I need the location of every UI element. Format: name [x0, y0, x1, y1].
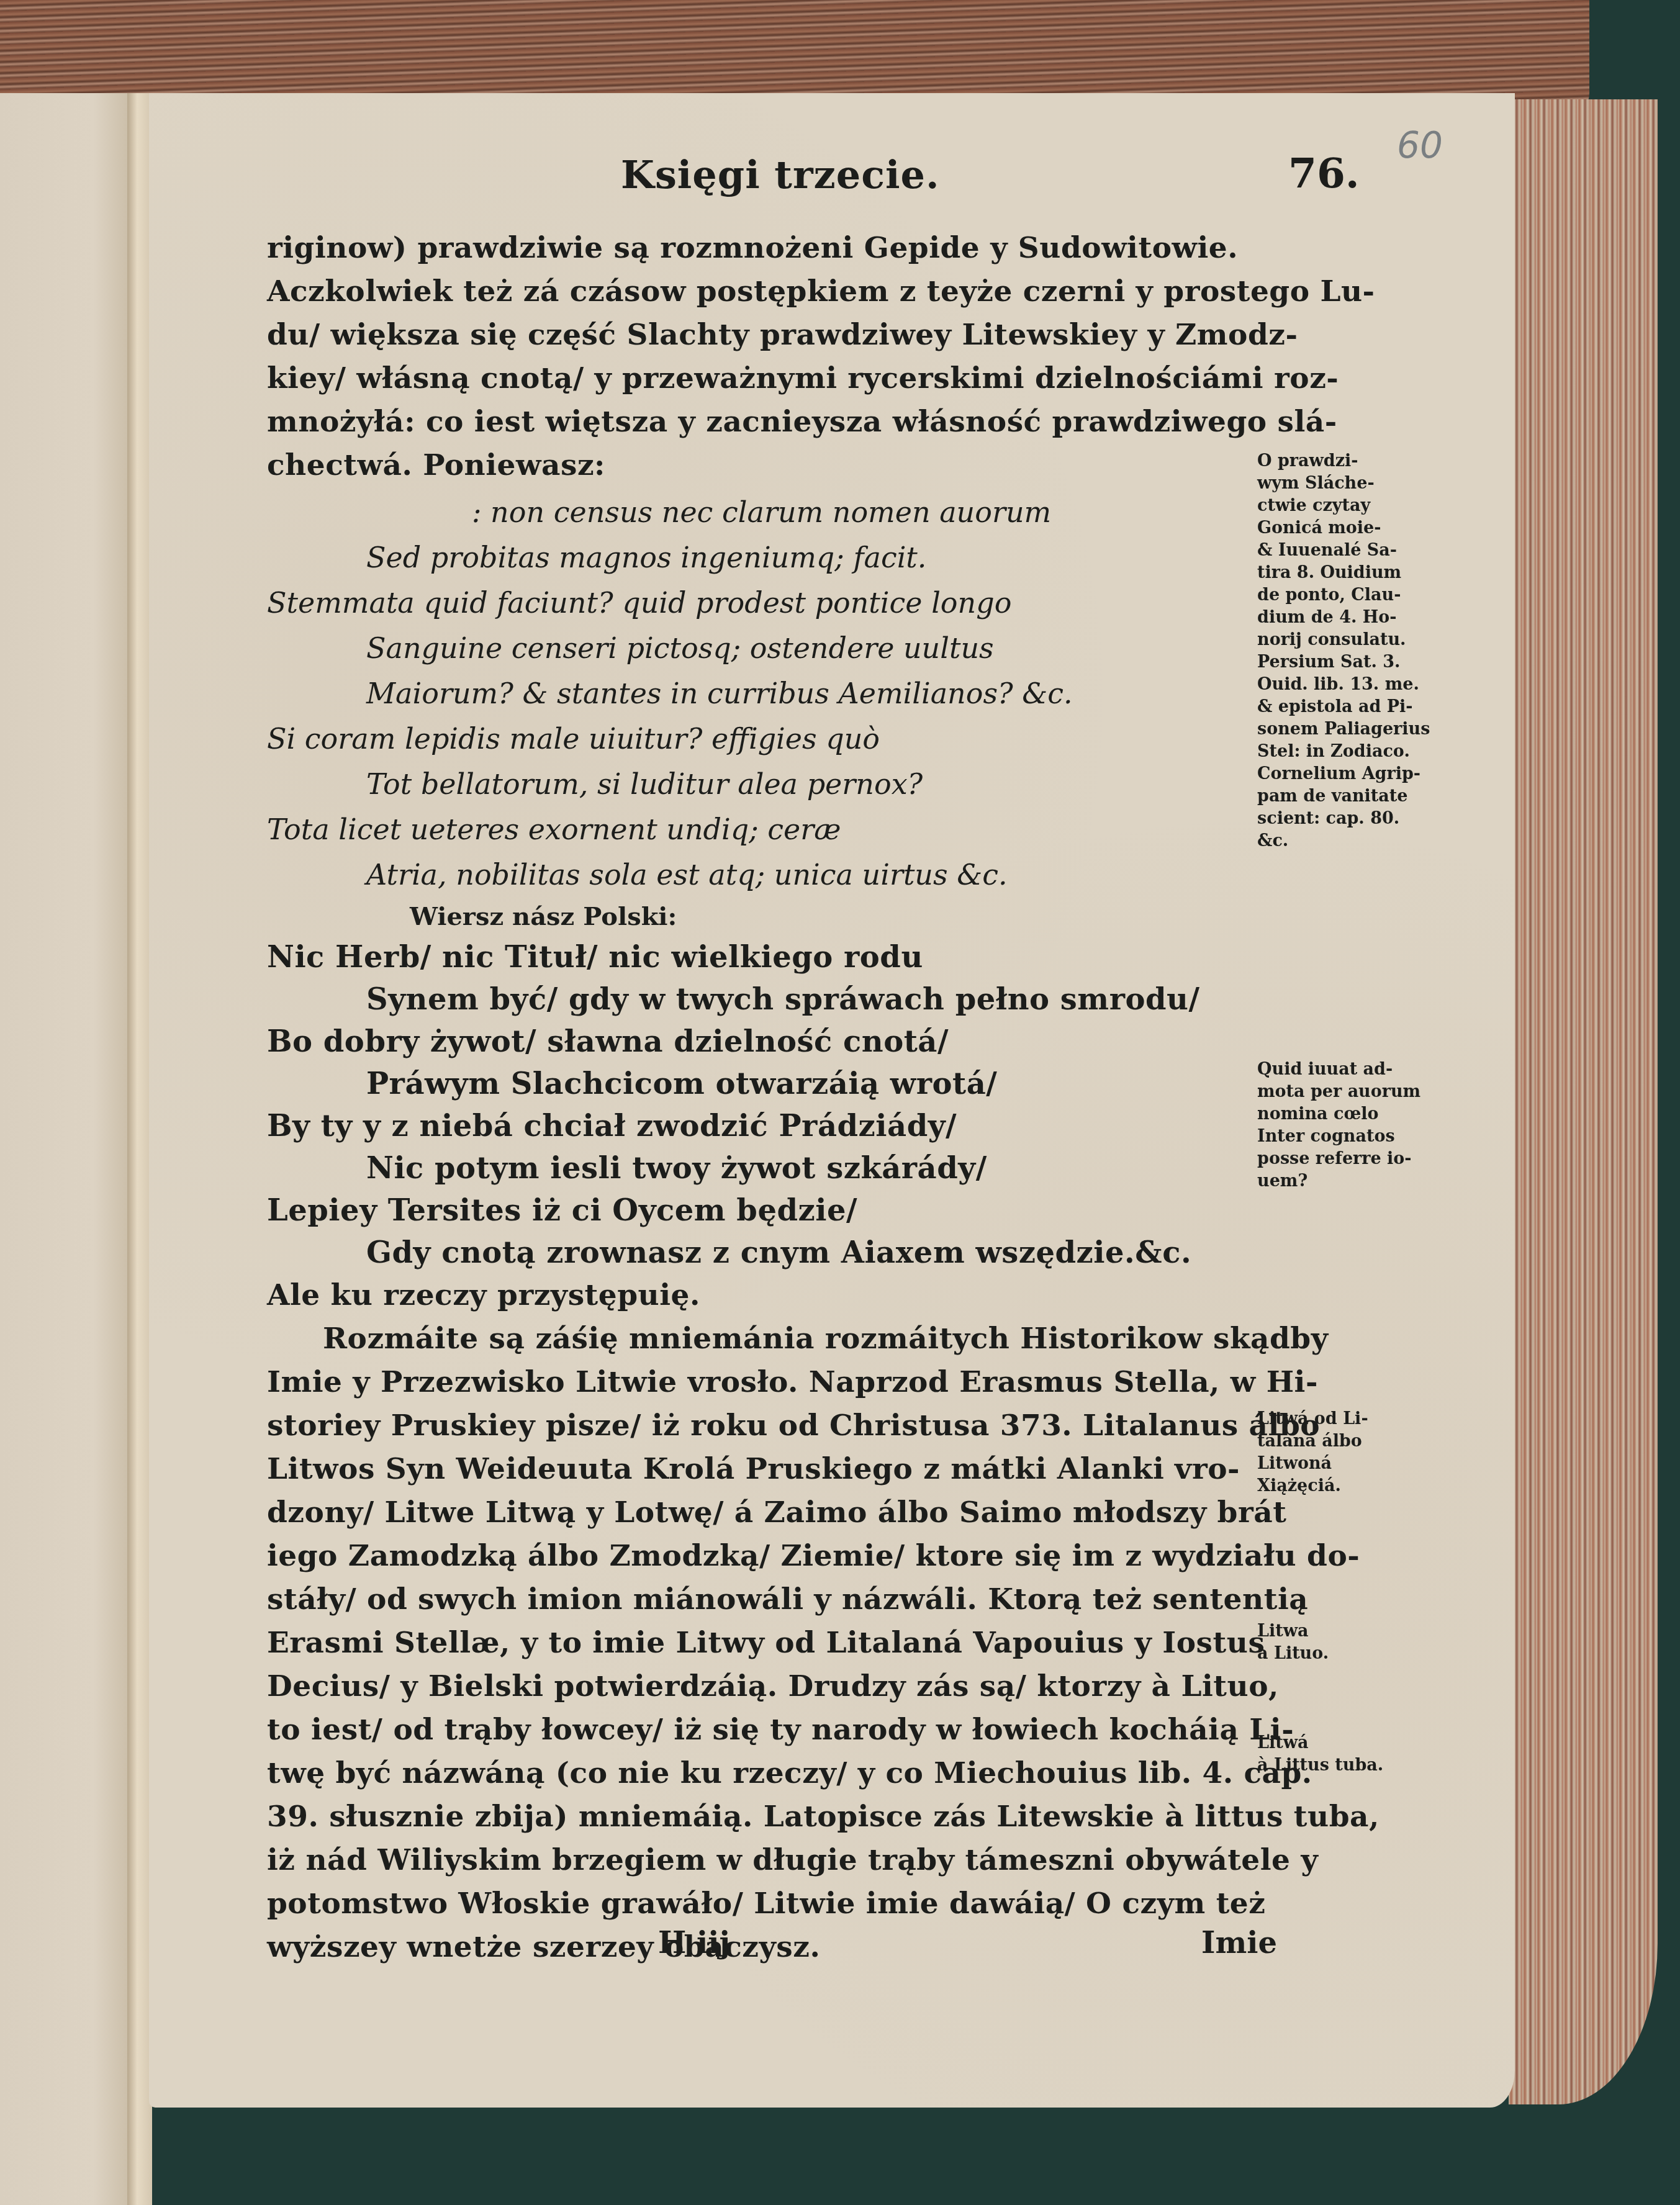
page-fore-edge	[1509, 99, 1658, 2104]
text-line: riginow) prawdziwie są rozmnożeni Gepide…	[267, 227, 1322, 270]
prose-block-1: riginow) prawdziwie są rozmnożeni Gepide…	[267, 227, 1322, 487]
latin-verse: : non census nec clarum nomen auorumSed …	[267, 490, 1322, 898]
polish-verse-line: Lepiey Tersites iż ci Oycem będzie/	[267, 1189, 1322, 1232]
text-line: potomstwo Włoskie grawáło/ Litwie imie d…	[267, 1882, 1322, 1926]
book-page: Księgi trzecie. 76. 60 riginow) prawdziw…	[149, 93, 1515, 2108]
marginal-note-line: Xiążęciá.	[1257, 1475, 1431, 1497]
polish-verse: Nic Herb/ nic Tituł/ nic wielkiego roduS…	[267, 936, 1322, 1274]
marginal-note-line: norij consulatu.	[1257, 629, 1431, 651]
marginal-note-line: & Iuuenalé Sa-	[1257, 539, 1431, 562]
book-gutter	[127, 93, 152, 2205]
marginal-note-line: Inter cognatos	[1257, 1125, 1431, 1148]
marginal-note-line: sonem Paliagerius	[1257, 718, 1431, 741]
text-line: Rozmáite są záśię mniemánia rozmáitych H…	[267, 1317, 1322, 1361]
marginal-note-line: scient: cap. 80.	[1257, 808, 1431, 830]
latin-verse-line: Sanguine censeri pictosq; ostendere uult…	[267, 626, 1322, 671]
marginal-note-line: Cornelium Agrip-	[1257, 763, 1431, 785]
text-line: Litwos Syn Weideuuta Krolá Pruskiego z m…	[267, 1448, 1322, 1491]
text-line: chectwá. Poniewasz:	[267, 444, 1322, 487]
marginal-note-line: Litwoná	[1257, 1453, 1431, 1475]
polish-verse-line: Nic potym iesli twoy żywot szkárády/	[267, 1147, 1322, 1189]
text-line: storiey Pruskiey pisze/ iż roku od Chris…	[267, 1404, 1322, 1448]
marginal-note-line: Ouid. lib. 13. me.	[1257, 674, 1431, 696]
text-line: iż nád Wiliyskim brzegiem w długie trąby…	[267, 1839, 1322, 1882]
latin-verse-line: Tot bellatorum, si luditur alea pernox?	[267, 762, 1322, 807]
text-line: du/ większa się część Slachty prawdziwey…	[267, 313, 1322, 357]
marginal-note-line: Persium Sat. 3.	[1257, 651, 1431, 674]
marginal-note-line: mota per auorum	[1257, 1081, 1431, 1103]
polish-verse-line: Gdy cnotą zrownasz z cnym Aiaxem wszędzi…	[267, 1232, 1322, 1274]
prose-block-2: Ale ku rzeczy przystępuię.Rozmáite są zá…	[267, 1274, 1322, 1969]
marginal-note: Quid iuuat ad-mota per auorumnomina cœlo…	[1257, 1058, 1431, 1193]
marginal-note-line: nomina cœlo	[1257, 1103, 1431, 1125]
marginal-note-line: O prawdzi-	[1257, 450, 1431, 472]
latin-verse-line: Si coram lepidis male uiuitur? effigies …	[267, 716, 1322, 762]
left-page-edge	[0, 93, 133, 2205]
folio-number: 76.	[1288, 149, 1360, 197]
running-head: Księgi trzecie.	[621, 152, 940, 197]
marginal-note-line: Litwa	[1257, 1620, 1431, 1643]
text-line: stáły/ od swych imion miánowáli y názwál…	[267, 1578, 1322, 1621]
marginal-note: Litwá od Li-talaná álboLitwonáXiążęciá.	[1257, 1408, 1431, 1497]
marginal-note-line: à Littus tuba.	[1257, 1754, 1431, 1777]
latin-verse-line: Tota licet ueteres exornent undiq; ceræ	[267, 807, 1322, 852]
latin-verse-line: : non census nec clarum nomen auorum	[267, 490, 1322, 535]
marginal-note-line: &c.	[1257, 830, 1431, 852]
marginal-note-line: Stel: in Zodiaco.	[1257, 741, 1431, 763]
marginal-note-line: Litwá	[1257, 1732, 1431, 1754]
polish-verse-line: Nic Herb/ nic Tituł/ nic wielkiego rodu	[267, 936, 1322, 978]
signature-mark: H iij	[658, 1926, 730, 1960]
polish-verse-line: By ty y z niebá chciał zwodzić Prádziády…	[267, 1105, 1322, 1147]
latin-verse-line: Maiorum? & stantes in curribus Aemiliano…	[267, 671, 1322, 716]
marginal-note-line: tira 8. Ouidium	[1257, 562, 1431, 584]
marginal-note-line: pam de vanitate	[1257, 785, 1431, 808]
text-line: kiey/ włásną cnotą/ y przeważnymi rycers…	[267, 357, 1322, 400]
catchword: Imie	[1201, 1926, 1277, 1960]
marginal-note-line: talaná álbo	[1257, 1430, 1431, 1453]
marginal-note-line: & epistola ad Pi-	[1257, 696, 1431, 718]
text-line: Decius/ y Bielski potwierdzáią. Drudzy z…	[267, 1665, 1322, 1708]
marginal-note-line: dium de 4. Ho-	[1257, 606, 1431, 629]
marginal-note-line: à Lituo.	[1257, 1643, 1431, 1665]
text-line: twę być názwáną (co nie ku rzeczy/ y co …	[267, 1752, 1322, 1795]
latin-verse-line: Atria, nobilitas sola est atq; unica uir…	[267, 852, 1322, 898]
polish-verse-line: Práwym Slachcicom otwarzáią wrotá/	[267, 1063, 1322, 1105]
text-line: dzony/ Litwe Litwą y Lotwę/ á Zaimo álbo…	[267, 1491, 1322, 1535]
marginal-note-line: de ponto, Clau-	[1257, 584, 1431, 606]
marginal-note-line: Litwá od Li-	[1257, 1408, 1431, 1430]
polish-verse-line: Synem być/ gdy w twych spráwach pełno sm…	[267, 978, 1322, 1021]
text-line: mnożyłá: co iest więtsza y zacnieysza wł…	[267, 400, 1322, 444]
text-line: to iest/ od trąby łowcey/ iż się ty naro…	[267, 1708, 1322, 1752]
text-line: wyższey wnetże szerzey obaczysz.	[267, 1926, 1322, 1969]
text-line: iego Zamodzką álbo Zmodzką/ Ziemie/ ktor…	[267, 1535, 1322, 1578]
marginal-note-line: wym Sláche-	[1257, 472, 1431, 495]
latin-verse-line: Sed probitas magnos ingeniumq; facit.	[267, 535, 1322, 580]
text-line: Imie y Przezwisko Litwie vrosło. Naprzod…	[267, 1361, 1322, 1404]
text-line: Ale ku rzeczy przystępuię.	[267, 1274, 1322, 1317]
marginal-note: Litwáà Littus tuba.	[1257, 1732, 1431, 1777]
text-line: Aczkolwiek też zá czásow postępkiem z te…	[267, 270, 1322, 313]
pencil-foliation: 60	[1397, 124, 1443, 166]
marginal-note: Litwaà Lituo.	[1257, 1620, 1431, 1665]
polish-verse-line: Bo dobry żywot/ sławna dzielność cnotá/	[267, 1021, 1322, 1063]
text-column: riginow) prawdziwie są rozmnożeni Gepide…	[267, 227, 1322, 2013]
marginal-note-line: Quid iuuat ad-	[1257, 1058, 1431, 1081]
marginal-note-line: ctwie czytay	[1257, 495, 1431, 517]
latin-verse-line: Stemmata quid faciunt? quid prodest pont…	[267, 580, 1322, 626]
marginal-note-line: posse referre io-	[1257, 1148, 1431, 1170]
marginal-note: O prawdzi-wym Sláche-ctwie czytayGonicá …	[1257, 450, 1431, 852]
text-line: Erasmi Stellæ, y to imie Litwy od Litala…	[267, 1621, 1322, 1665]
marginal-note-line: Gonicá moie-	[1257, 517, 1431, 539]
marginal-note-line: uem?	[1257, 1170, 1431, 1193]
polish-verse-heading: Wiersz nász Polski:	[267, 898, 1322, 936]
text-line: 39. słusznie zbija) mniemáią. Latopisce …	[267, 1795, 1322, 1839]
